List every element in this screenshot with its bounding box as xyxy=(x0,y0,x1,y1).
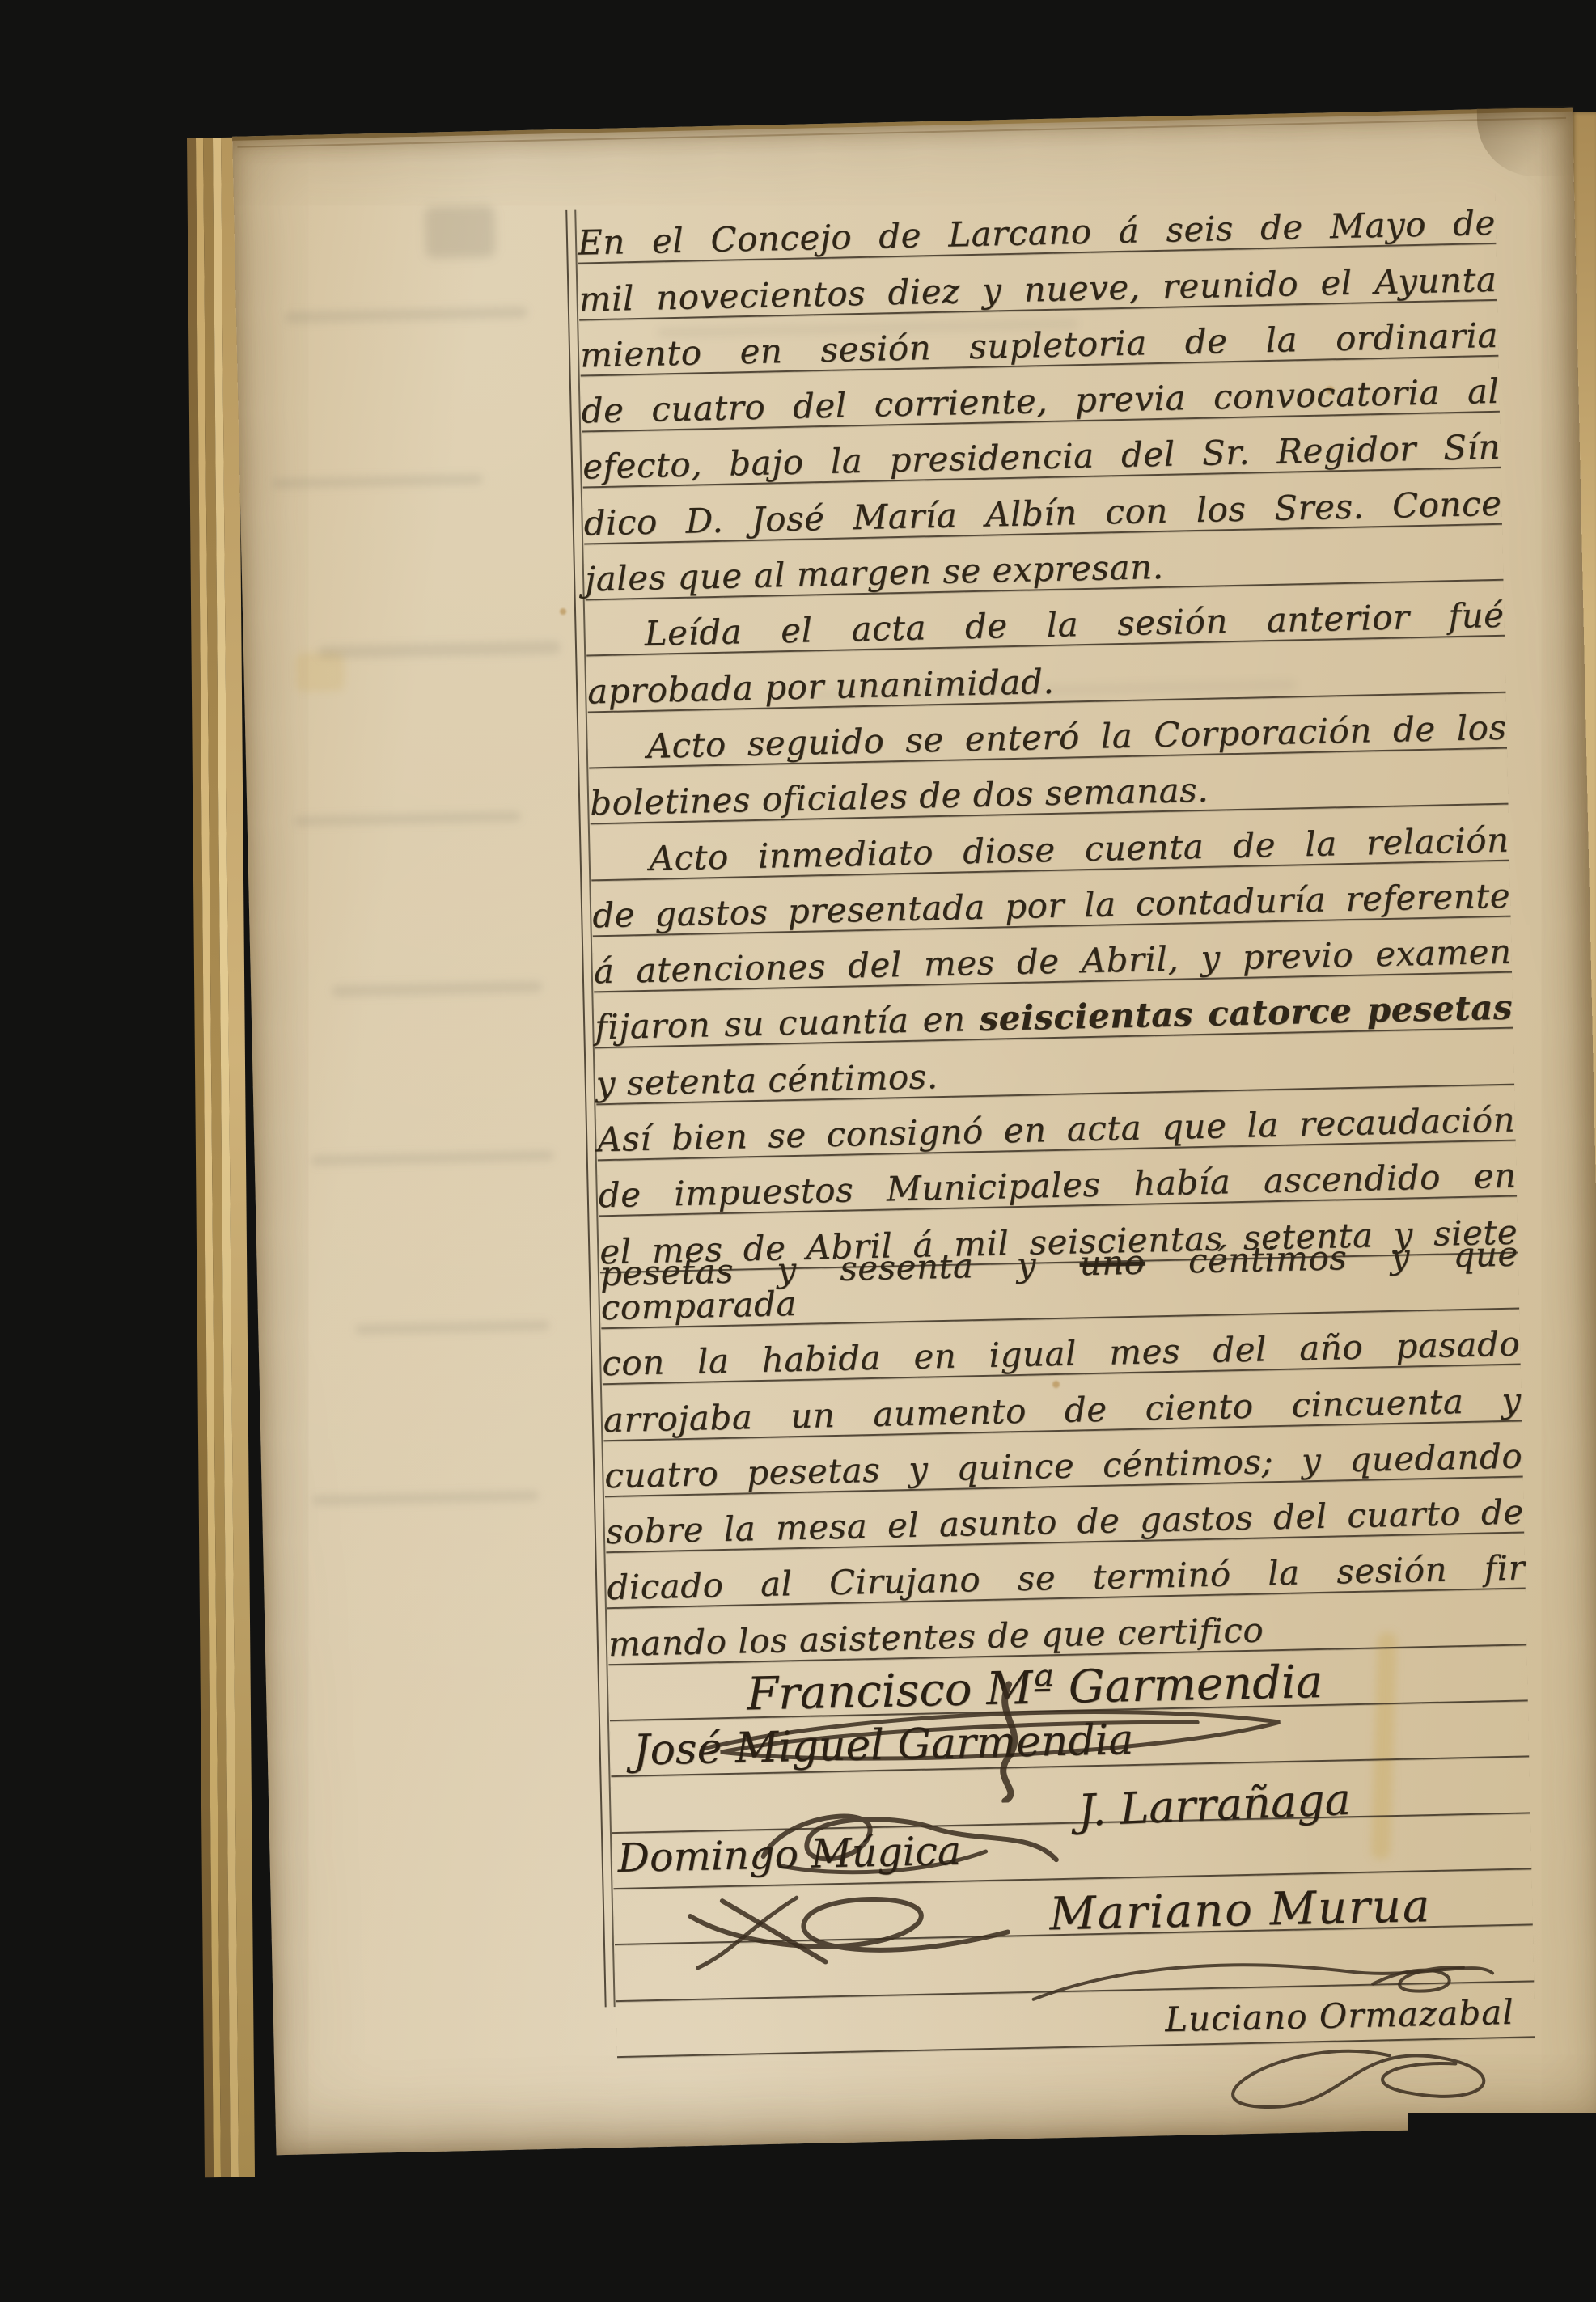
ghost-showthrough xyxy=(312,1491,539,1505)
signature-jose-miguel-garmendia: José Miguel Garmendia xyxy=(633,1719,1134,1771)
ghost-showthrough xyxy=(332,981,542,997)
signature-domingo-mugica: Domingo Múgica xyxy=(617,1831,961,1878)
stain xyxy=(560,608,566,615)
page-corner-curl xyxy=(1477,106,1576,178)
signature-larranaga: J. Larrañaga xyxy=(1077,1778,1351,1833)
stain xyxy=(295,652,345,692)
book-page: En el Concejo de Larcano á seis de Mayo … xyxy=(232,108,1596,2156)
photo-backdrop: En el Concejo de Larcano á seis de Mayo … xyxy=(0,0,1596,2302)
ghost-showthrough xyxy=(318,641,561,659)
backdrop-notch xyxy=(1408,2113,1596,2302)
signature-mariano-murua: Mariano Murua xyxy=(1049,1884,1432,1937)
ghost-page-number xyxy=(425,205,495,259)
ghost-showthrough xyxy=(272,474,482,489)
ghost-showthrough xyxy=(311,1151,554,1166)
signature-rubric xyxy=(674,1883,1025,1973)
ghost-showthrough xyxy=(294,811,520,826)
signature-rubric xyxy=(1146,2038,1530,2121)
ghost-showthrough xyxy=(355,1321,549,1335)
ghost-showthrough xyxy=(285,307,527,324)
signature-luciano-ormazabal: Luciano Ormazabal xyxy=(1165,1995,1514,2037)
